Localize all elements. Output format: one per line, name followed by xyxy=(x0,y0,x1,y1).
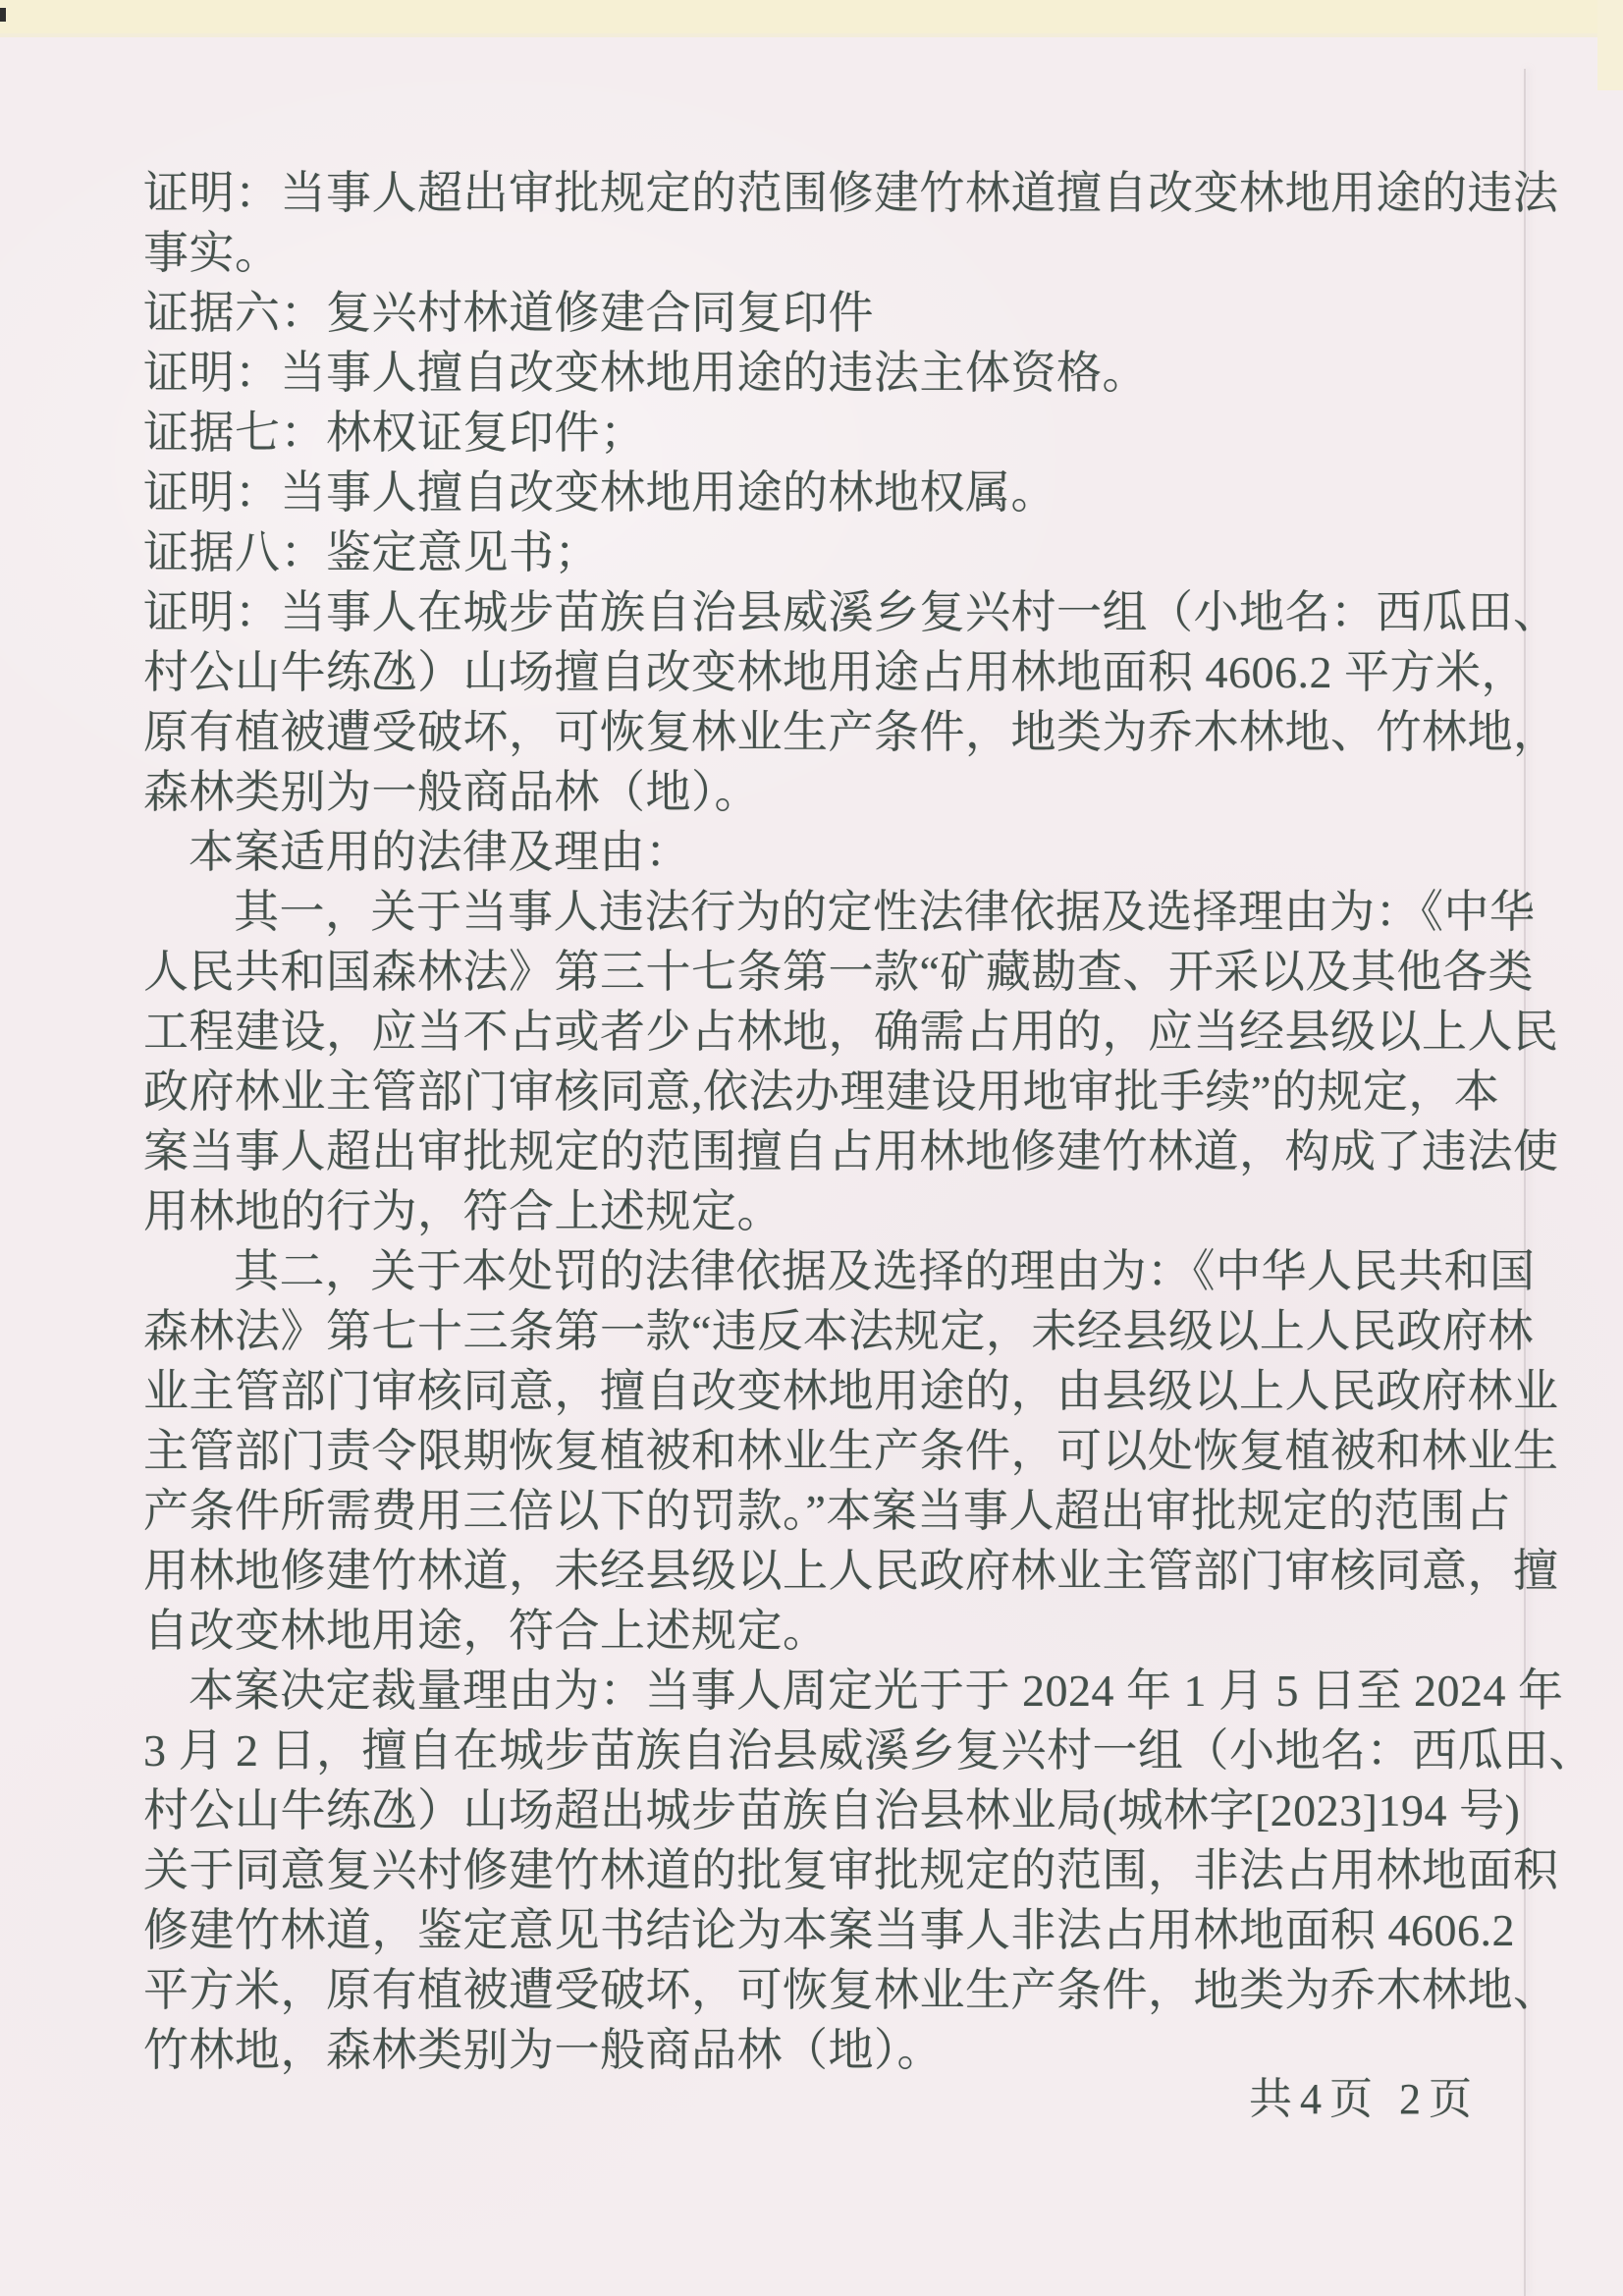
document-body-text: 证明：当事人超出审批规定的范围修建竹林道擅自改变林地用途的违法事实。证据六：复兴… xyxy=(143,163,1504,2080)
text-line: 关于同意复兴村修建竹林道的批复审批规定的范围，非法占用林地面积 xyxy=(143,1840,1504,1900)
text-line: 竹林地，森林类别为一般商品林（地）。 xyxy=(143,2020,1504,2080)
text-line: 证明：当事人超出审批规定的范围修建竹林道擅自改变林地用途的违法 xyxy=(143,163,1504,223)
text-line: 村公山牛练氹）山场超出城步苗族自治县林业局(城林字[2023]194 号) xyxy=(143,1780,1504,1840)
text-line: 证据六：复兴村林道修建合同复印件 xyxy=(143,283,1504,343)
text-line: 案当事人超出审批规定的范围擅自占用林地修建竹林道，构成了违法使 xyxy=(143,1121,1504,1181)
text-line: 证明：当事人擅自改变林地用途的违法主体资格。 xyxy=(143,343,1504,403)
text-line: 用林地修建竹林道，未经县级以上人民政府林业主管部门审核同意，擅 xyxy=(143,1541,1504,1601)
text-line: 其二，关于本处罚的法律依据及选择的理由为：《中华人民共和国 xyxy=(143,1241,1504,1301)
text-line: 本案适用的法律及理由： xyxy=(143,822,1504,882)
text-line: 森林类别为一般商品林（地）。 xyxy=(143,762,1504,822)
text-line: 产条件所需费用三倍以下的罚款。”本案当事人超出审批规定的范围占 xyxy=(143,1481,1504,1541)
text-line: 修建竹林道，鉴定意见书结论为本案当事人非法占用林地面积 4606.2 xyxy=(143,1900,1504,1960)
text-line: 其一，关于当事人违法行为的定性法律依据及选择理由为：《中华 xyxy=(143,882,1504,942)
text-line: 森林法》第七十三条第一款“违反本法规定，未经县级以上人民政府林 xyxy=(143,1301,1504,1361)
document-page: 证明：当事人超出审批规定的范围修建竹林道擅自改变林地用途的违法事实。证据六：复兴… xyxy=(0,0,1623,2296)
scan-speck xyxy=(0,8,6,22)
text-line: 证明：当事人擅自改变林地用途的林地权属。 xyxy=(143,463,1504,522)
text-line: 证据七：林权证复印件； xyxy=(143,403,1504,463)
text-line: 村公山牛练氹）山场擅自改变林地用途占用林地面积 4606.2 平方米， xyxy=(143,642,1504,702)
page-number: 共4页 2页 xyxy=(1249,2074,1480,2125)
text-line: 证明：当事人在城步苗族自治县威溪乡复兴村一组（小地名：西瓜田、 xyxy=(143,582,1504,642)
text-line: 主管部门责令限期恢复植被和林业生产条件，可以处恢复植被和林业生 xyxy=(143,1421,1504,1481)
text-line: 3 月 2 日，擅自在城步苗族自治县威溪乡复兴村一组（小地名：西瓜田、 xyxy=(143,1721,1504,1780)
scan-edge-top-right xyxy=(1597,0,1623,90)
text-line: 事实。 xyxy=(143,223,1504,283)
paper-fold-line xyxy=(1524,69,1526,2296)
text-line: 本案决定裁量理由为：当事人周定光于于 2024 年 1 月 5 日至 2024 … xyxy=(143,1661,1504,1721)
text-line: 原有植被遭受破坏，可恢复林业生产条件，地类为乔木林地、竹林地， xyxy=(143,702,1504,762)
scan-edge-top xyxy=(0,0,1623,37)
text-line: 人民共和国森林法》第三十七条第一款“矿藏勘查、开采以及其他各类 xyxy=(143,942,1504,1002)
text-line: 政府林业主管部门审核同意,依法办理建设用地审批手续”的规定，本 xyxy=(143,1062,1504,1121)
text-line: 平方米，原有植被遭受破坏，可恢复林业生产条件，地类为乔木林地、 xyxy=(143,1960,1504,2020)
text-line: 用林地的行为，符合上述规定。 xyxy=(143,1181,1504,1241)
text-line: 工程建设，应当不占或者少占林地，确需占用的，应当经县级以上人民 xyxy=(143,1002,1504,1062)
text-line: 证据八：鉴定意见书； xyxy=(143,522,1504,582)
text-line: 业主管部门审核同意，擅自改变林地用途的，由县级以上人民政府林业 xyxy=(143,1361,1504,1421)
text-line: 自改变林地用途，符合上述规定。 xyxy=(143,1601,1504,1661)
